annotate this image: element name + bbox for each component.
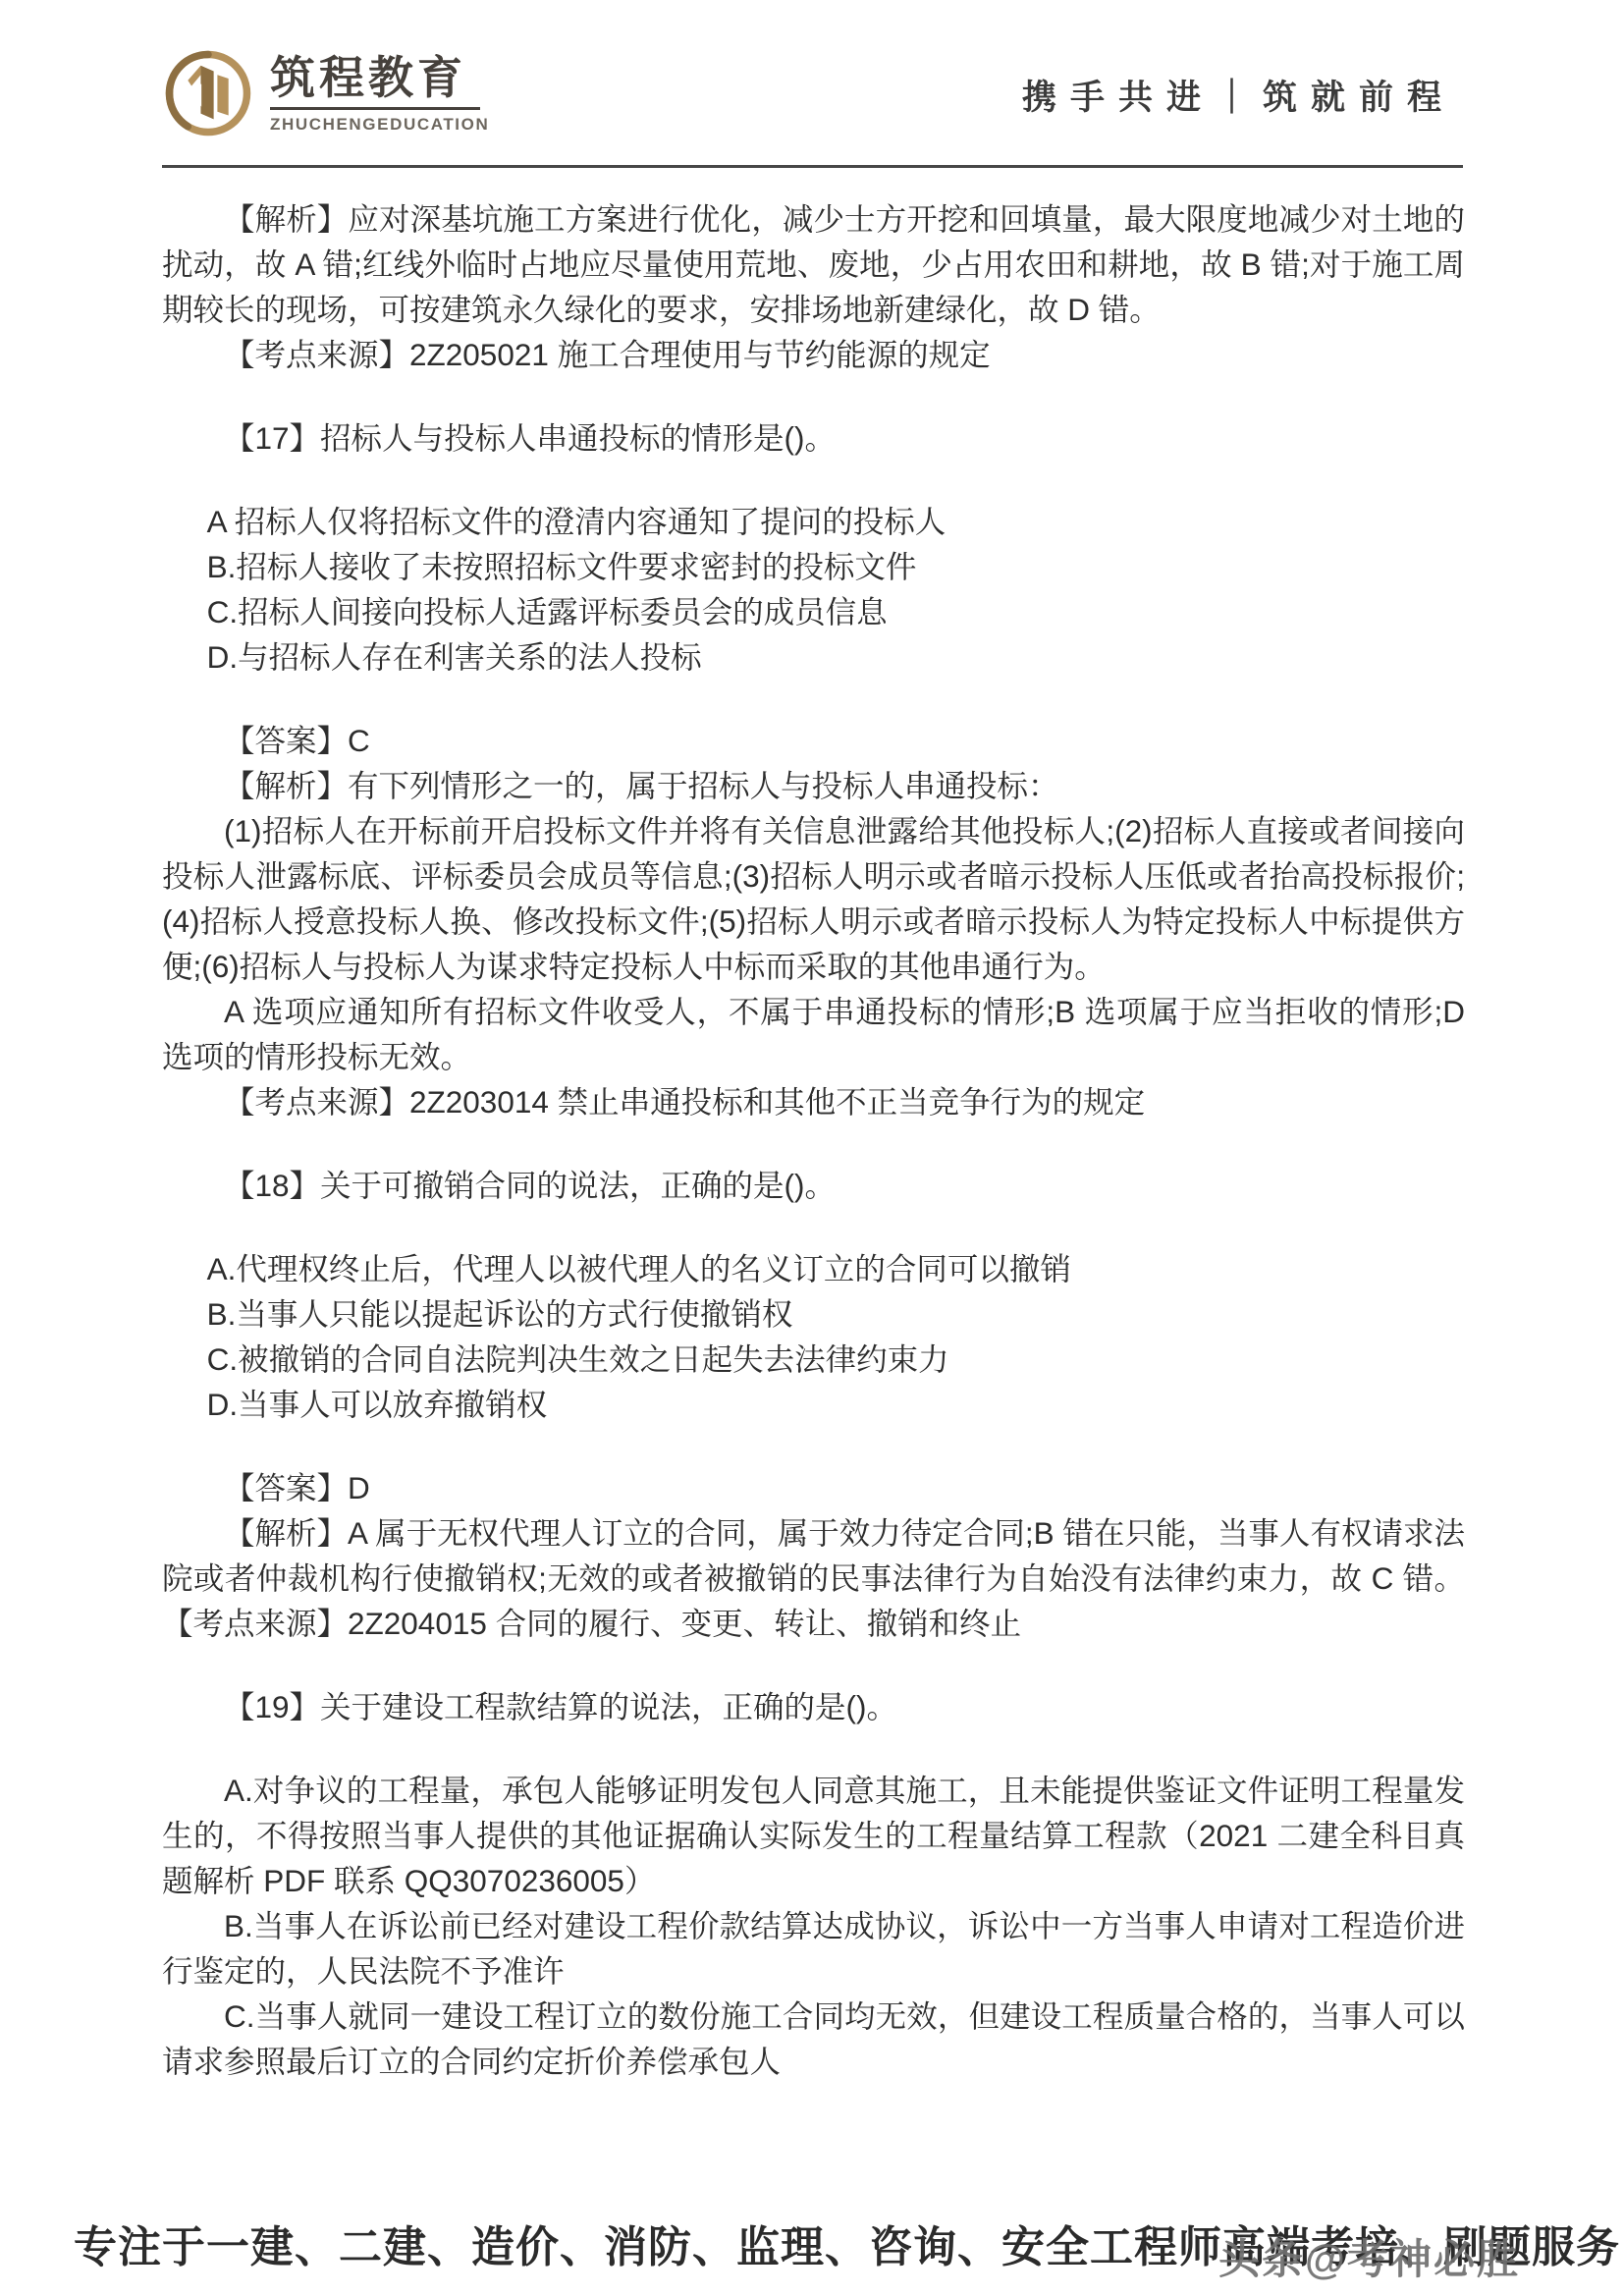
paragraph: C.当事人就同一建设工程订立的数份施工合同均无效，但建设工程质量合格的，当事人可…	[162, 1994, 1465, 2084]
brand-underline	[270, 107, 480, 110]
paragraph: (1)招标人在开标前开启投标文件并将有关信息泄露给其他投标人;(2)招标人直接或…	[162, 808, 1465, 989]
brand-subtitle: ZHUCHENGEDUCATION	[270, 115, 489, 135]
paragraph: A.对争议的工程量，承包人能够证明发包人同意其施工，且未能提供鉴证文件证明工程量…	[162, 1768, 1465, 1903]
paragraph: 【考点来源】2Z205021 施工合理使用与节约能源的规定	[162, 332, 1465, 377]
paragraph: 【19】关于建设工程款结算的说法，正确的是()。	[162, 1684, 1465, 1729]
paragraph-spacer	[162, 680, 1465, 718]
watermark-text: 头条@考神必胜	[1218, 2227, 1520, 2286]
paragraph-spacer	[162, 1729, 1465, 1768]
brand-name: 筑程教育	[270, 55, 489, 100]
paragraph: 【解析】应对深基坑施工方案进行优化，减少士方开挖和回填量，最大限度地减少对土地的…	[162, 196, 1465, 332]
paragraph-spacer	[162, 1646, 1465, 1684]
paragraph-spacer	[162, 377, 1465, 415]
header-divider	[162, 165, 1463, 168]
paragraph-spacer	[162, 1427, 1465, 1465]
paragraph: 【解析】有下列情形之一的，属于招标人与投标人串通投标：	[162, 763, 1465, 808]
paragraph: 【答案】D	[162, 1465, 1465, 1510]
paragraph: 【解析】A 属于无权代理人订立的合同，属于效力待定合同;B 错在只能，当事人有权…	[162, 1510, 1465, 1646]
option-line: C.招标人间接向投标人适露评标委员会的成员信息	[162, 589, 1465, 634]
paragraph-spacer	[162, 1208, 1465, 1246]
paragraph: 【18】关于可撤销合同的说法，正确的是()。	[162, 1163, 1465, 1208]
option-line: A 招标人仅将招标文件的澄清内容通知了提问的投标人	[162, 499, 1465, 544]
option-line: D.与招标人存在利害关系的法人投标	[162, 634, 1465, 680]
page-footer: 专注于一建、二建、造价、消防、监理、咨询、安全工程师高端考培、刷题服务 头条@考…	[0, 2208, 1623, 2296]
building-circle-icon	[162, 47, 254, 139]
paragraph-spacer	[162, 1124, 1465, 1163]
header-slogan: 携手共进｜筑就前程	[1022, 71, 1455, 120]
page-header: 筑程教育 ZHUCHENGEDUCATION 携手共进｜筑就前程	[162, 47, 1463, 165]
option-line: D.当事人可以放弃撤销权	[162, 1382, 1465, 1427]
paragraph-spacer	[162, 461, 1465, 499]
brand-text: 筑程教育 ZHUCHENGEDUCATION	[270, 47, 489, 135]
document-body: 【解析】应对深基坑施工方案进行优化，减少士方开挖和回填量，最大限度地减少对土地的…	[162, 196, 1465, 2084]
paragraph: 【答案】C	[162, 718, 1465, 763]
paragraph: A 选项应通知所有招标文件收受人，不属于串通投标的情形;B 选项属于应当拒收的情…	[162, 989, 1465, 1079]
option-line: B.招标人接收了未按照招标文件要求密封的投标文件	[162, 544, 1465, 589]
option-line: A.代理权终止后，代理人以被代理人的名义订立的合同可以撤销	[162, 1246, 1465, 1291]
paragraph: 【17】招标人与投标人串通投标的情形是()。	[162, 415, 1465, 461]
option-line: B.当事人只能以提起诉讼的方式行使撤销权	[162, 1291, 1465, 1337]
option-line: C.被撤销的合同自法院判决生效之日起失去法律约束力	[162, 1337, 1465, 1382]
paragraph: 【考点来源】2Z203014 禁止串通投标和其他不正当竞争行为的规定	[162, 1079, 1465, 1124]
paragraph: B.当事人在诉讼前已经对建设工程价款结算达成协议，诉讼中一方当事人申请对工程造价…	[162, 1903, 1465, 1994]
